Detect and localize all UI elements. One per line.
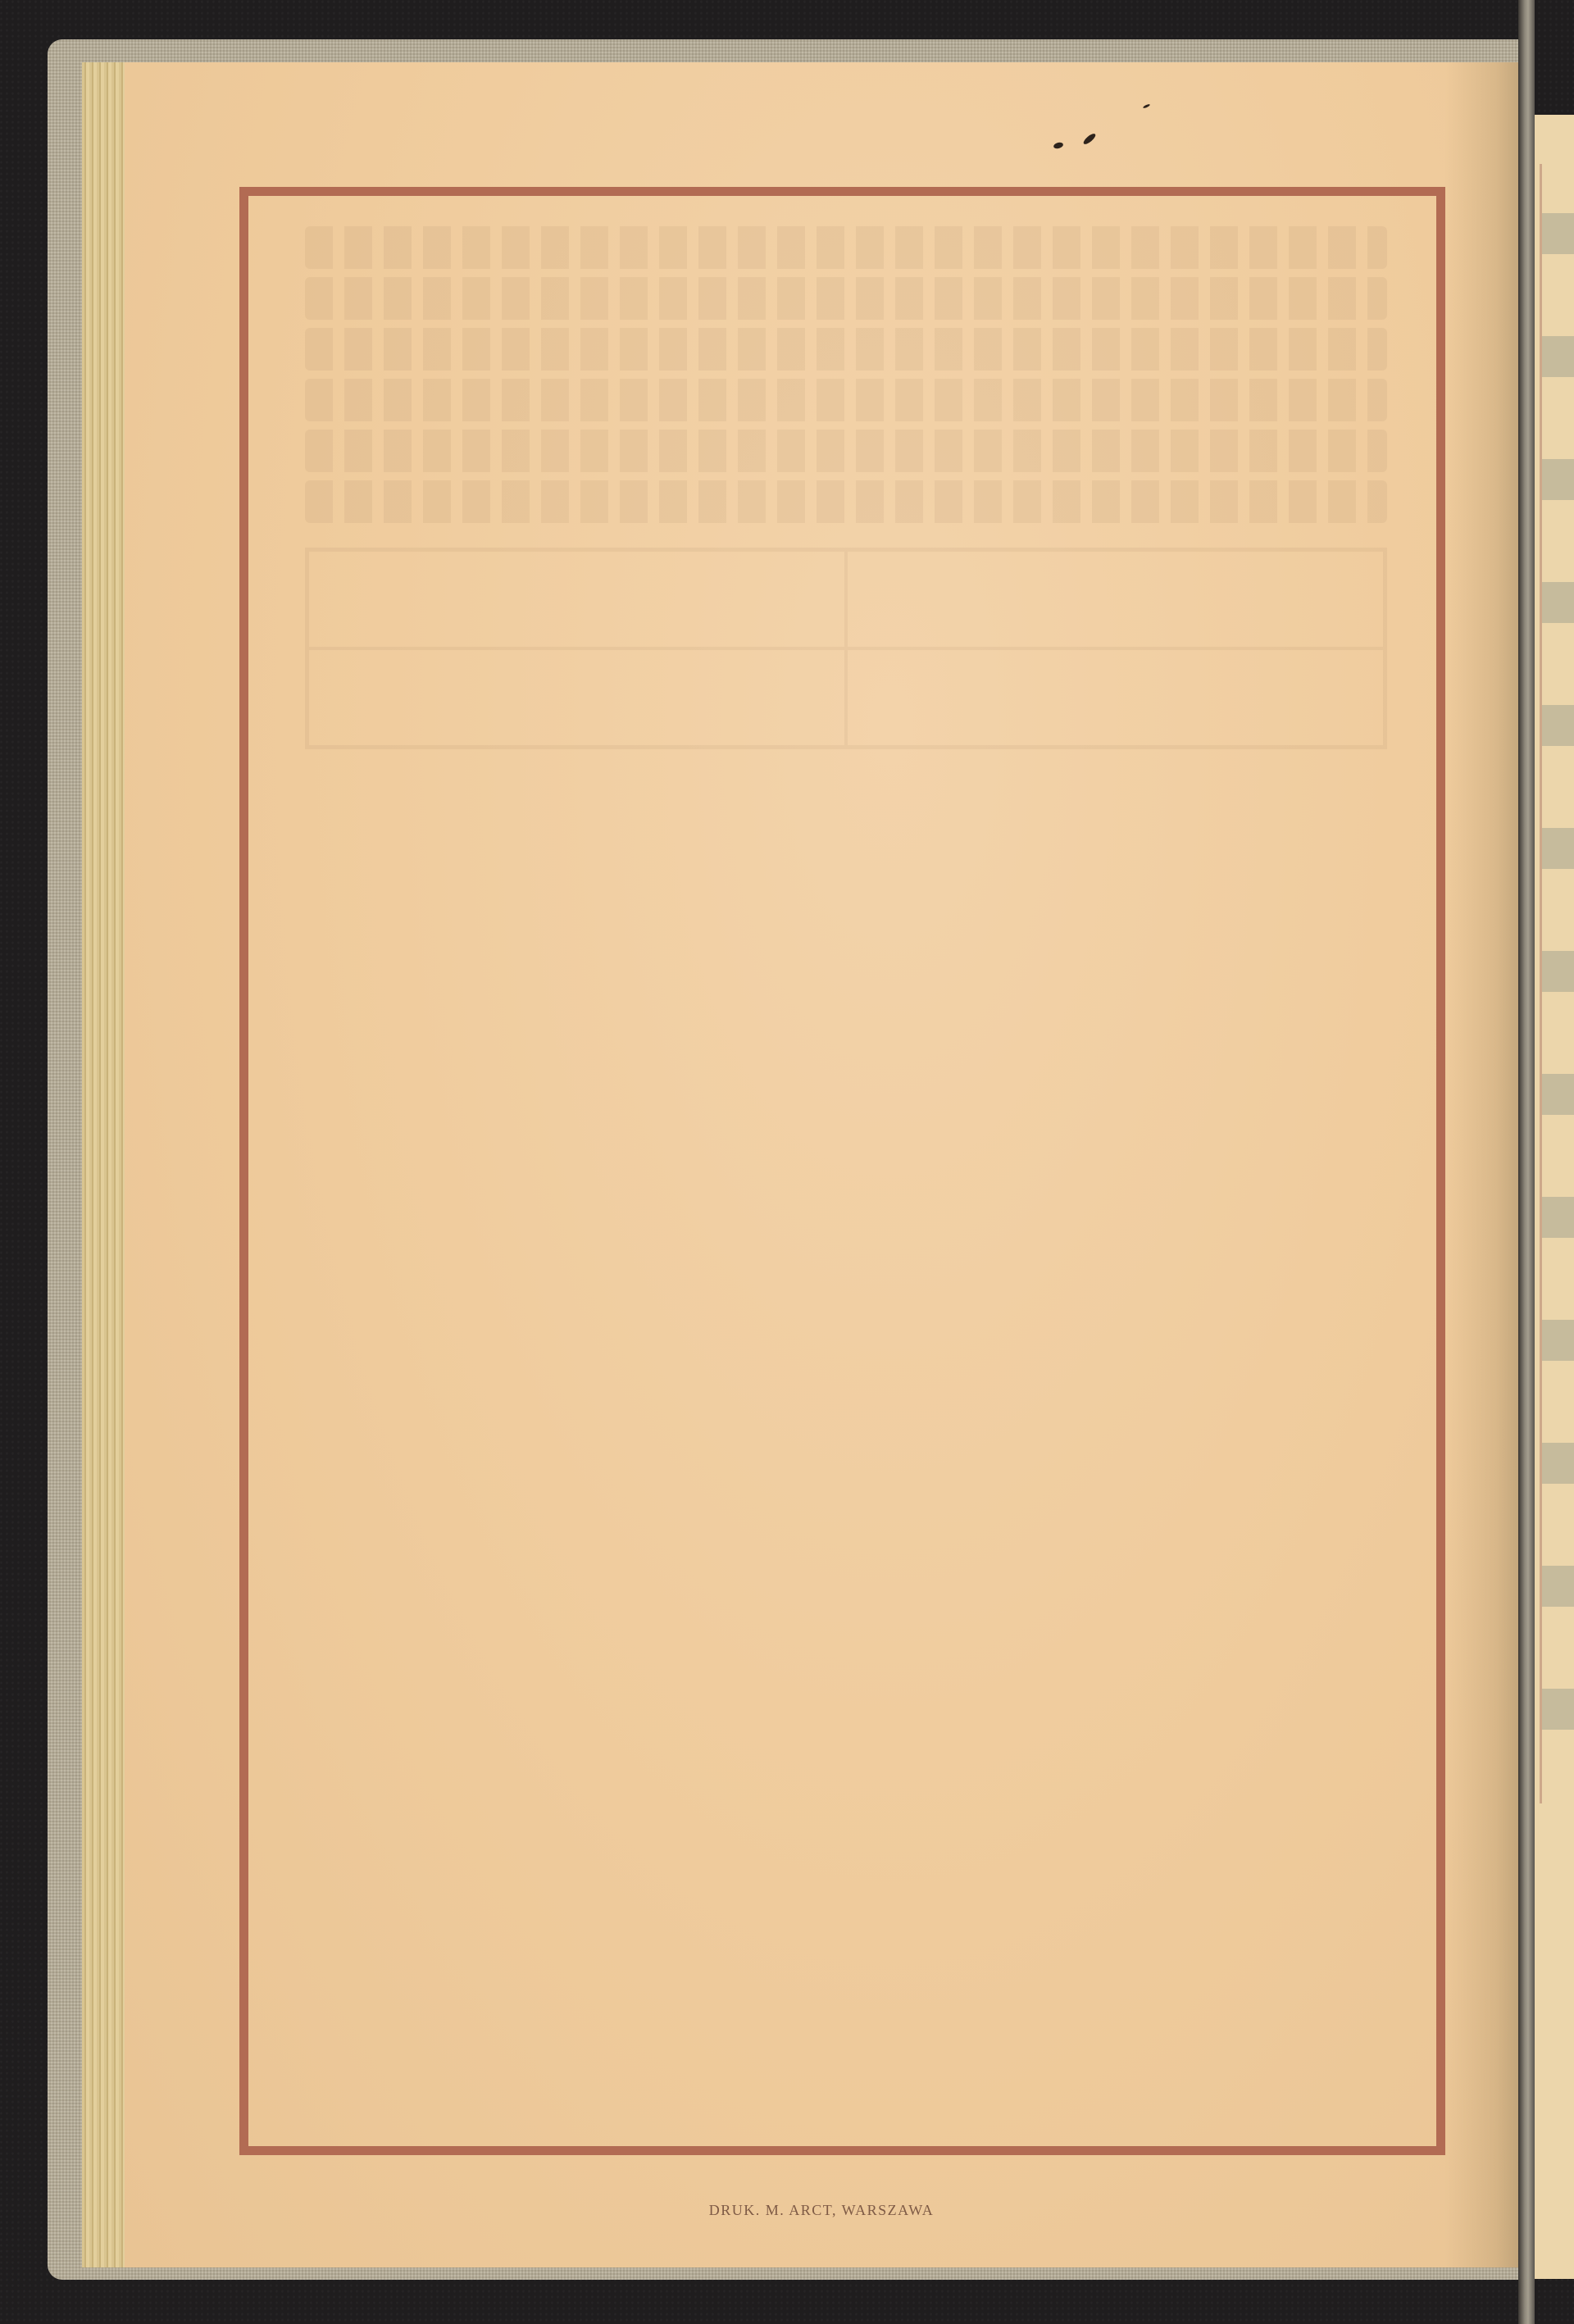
book-gutter (1518, 0, 1535, 2324)
pen-mark-icon (1053, 142, 1063, 150)
page-border-frame (239, 187, 1445, 2155)
pen-mark-icon (1082, 132, 1097, 146)
book-page: DRUK. M. ARCT, WARSZAWA (125, 62, 1518, 2267)
pen-mark-icon (1143, 103, 1150, 109)
facing-page-edge (1535, 115, 1574, 2279)
facing-page-ornament (1540, 164, 1574, 1803)
page-edge-stack (82, 62, 131, 2267)
printer-imprint: DRUK. M. ARCT, WARSZAWA (125, 2202, 1518, 2219)
